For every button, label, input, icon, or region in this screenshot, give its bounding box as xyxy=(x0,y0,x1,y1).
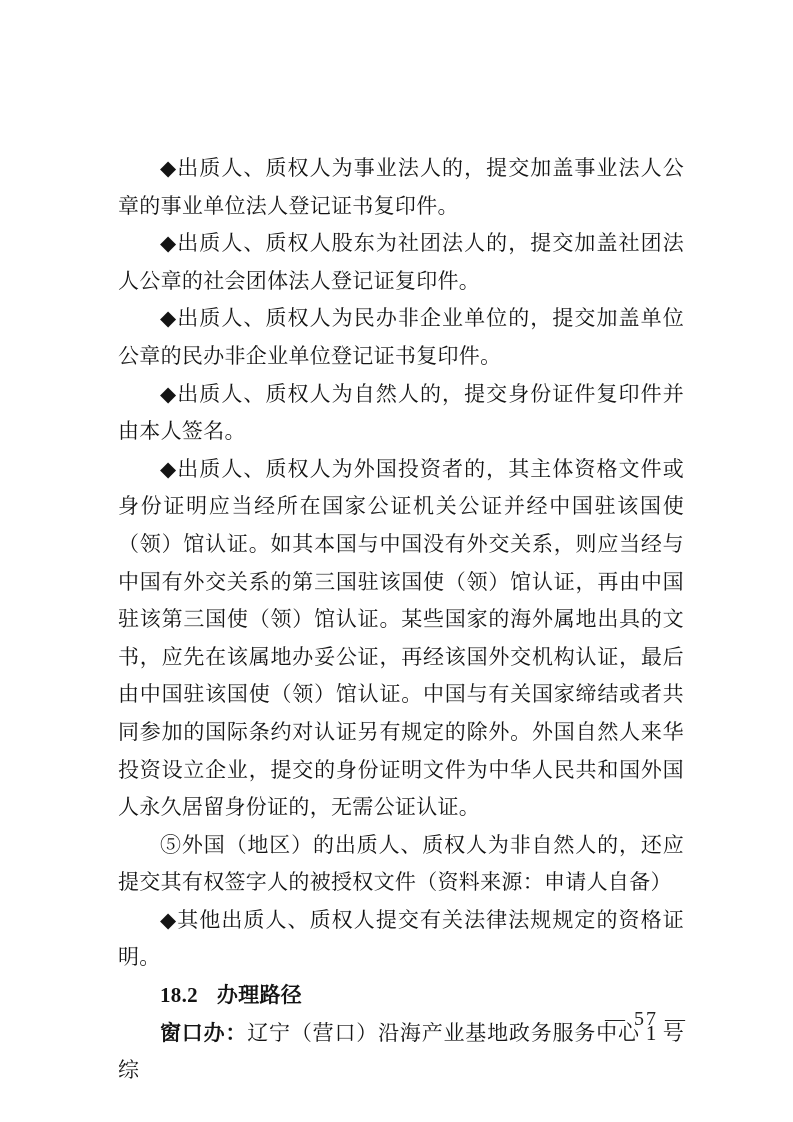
body-paragraph: ◆出质人、质权人为事业法人的，提交加盖事业法人公章的事业单位法人登记证书复印件。 xyxy=(118,150,684,225)
page-content: ◆出质人、质权人为事业法人的，提交加盖事业法人公章的事业单位法人登记证书复印件。… xyxy=(118,150,684,1090)
channel-label: 窗口办： xyxy=(160,1021,247,1045)
body-paragraph: ◆出质人、质权人为民办非企业单位的，提交加盖单位公章的民办非企业单位登记证书复印… xyxy=(118,300,684,375)
body-paragraph: ◆出质人、质权人为外国投资者的，其主体资格文件或身份证明应当经所在国家公证机关公… xyxy=(118,451,684,827)
body-paragraph: ⑤外国（地区）的出质人、质权人为非自然人的，还应提交其有权签字人的被授权文件（资… xyxy=(118,827,684,902)
body-paragraph: ◆出质人、质权人股东为社团法人的，提交加盖社团法人公章的社会团体法人登记证复印件… xyxy=(118,225,684,300)
section-heading-title: 办理路径 xyxy=(217,983,302,1007)
body-paragraph: ◆其他出质人、质权人提交有关法律法规规定的资格证明。 xyxy=(118,902,684,977)
document-page: ◆出质人、质权人为事业法人的，提交加盖事业法人公章的事业单位法人登记证书复印件。… xyxy=(0,0,793,1122)
window-channel-line: 窗口办：辽宁（营口）沿海产业基地政务服务中心 1 号综 xyxy=(118,1015,684,1090)
section-heading: 18.2办理路径 xyxy=(118,977,684,1015)
section-heading-number: 18.2 xyxy=(160,983,198,1007)
body-paragraph: ◆出质人、质权人为自然人的，提交身份证件复印件并由本人签名。 xyxy=(118,376,684,451)
page-number: — 57 — xyxy=(605,1005,687,1033)
